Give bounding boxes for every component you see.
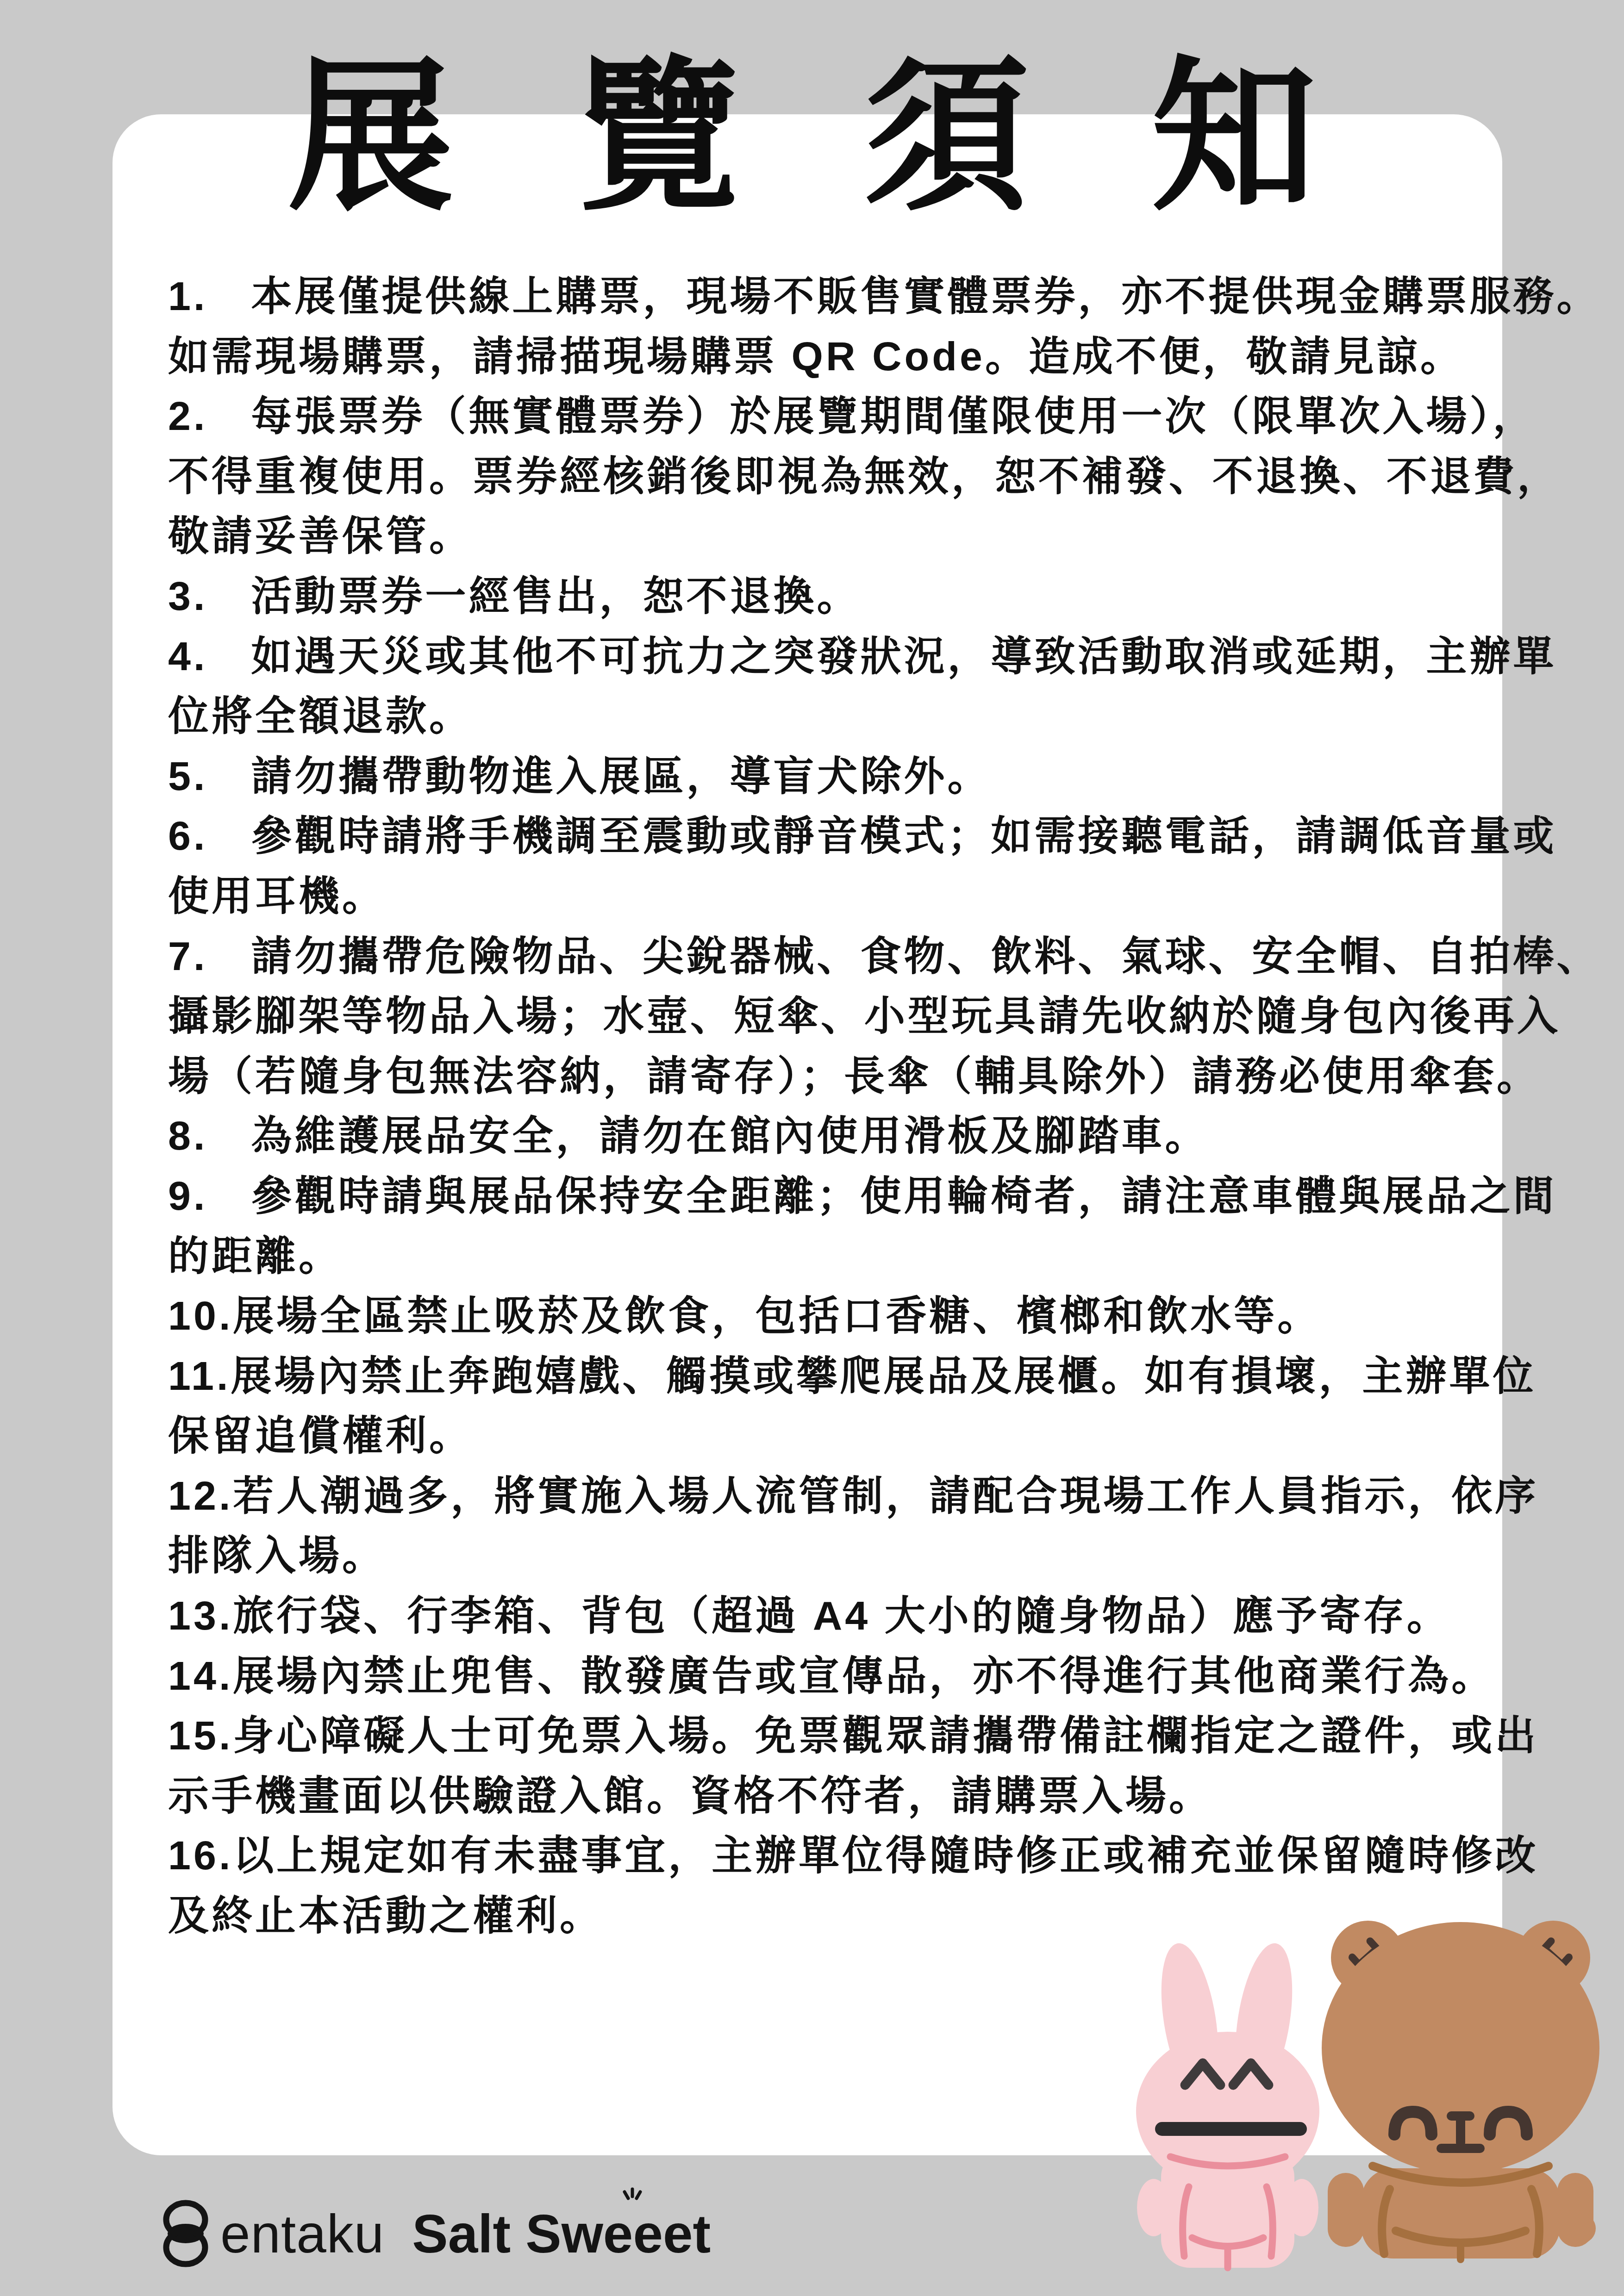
notice-line: 2. 每張票券（無實體票券）於展覽期間僅限使用一次（限單次入場）， xyxy=(168,386,1464,446)
notice-line: 11.展場內禁止奔跑嬉戲、觸摸或攀爬展品及展櫃。如有損壞，主辦單位 xyxy=(168,1346,1464,1406)
notice-text: 1. 本展僅提供線上購票，現場不販售實體票券，亦不提供現金購票服務。 如需現場購… xyxy=(168,266,1464,1946)
notice-line: 示手機畫面以供驗證入館。資格不符者，請購票入場。 xyxy=(168,1766,1464,1826)
bear-left-arm xyxy=(1328,2173,1364,2247)
notice-line: 場（若隨身包無法容納，請寄存）；長傘（輔具除外）請務必使用傘套。 xyxy=(168,1046,1464,1106)
notice-line: 敬請妥善保管。 xyxy=(168,506,1464,566)
notice-line: 9. 參觀時請與展品保持安全距離；使用輪椅者，請注意車體與展品之間 xyxy=(168,1166,1464,1226)
notice-line: 14.展場內禁止兜售、散發廣告或宣傳品，亦不得進行其他商業行為。 xyxy=(168,1646,1464,1706)
notice-line: 保留追償權利。 xyxy=(168,1406,1464,1466)
notice-line: 3. 活動票券一經售出，恕不退換。 xyxy=(168,566,1464,626)
page-title: 展 覽 須 知 xyxy=(0,46,1624,229)
entaku-logo-icon xyxy=(163,2197,208,2271)
notice-line: 16.以上規定如有未盡事宜，主辦單位得隨時修正或補充並保留隨時修改 xyxy=(168,1825,1464,1885)
notice-line: 1. 本展僅提供線上購票，現場不販售實體票券，亦不提供現金購票服務。 xyxy=(168,266,1464,326)
poster-page: { "page": { "background_color": "#c9c9c9… xyxy=(0,0,1624,2296)
notice-line: 15.身心障礙人士可免票入場。免票觀眾請攜帶備註欄指定之證件，或出 xyxy=(168,1705,1464,1766)
bear-character xyxy=(1310,1907,1611,2263)
bear-right-paw xyxy=(1566,2214,1596,2243)
notice-line: 排隊入場。 xyxy=(168,1525,1464,1586)
notice-line: 攝影腳架等物品入場；水壺、短傘、小型玩具請先收納於隨身包內後再入 xyxy=(168,986,1464,1046)
sparkle-icon xyxy=(620,2187,645,2207)
notice-line: 7. 請勿攜帶危險物品、尖銳器械、食物、飲料、氣球、安全帽、自拍棒、 xyxy=(168,926,1464,986)
notice-line: 8. 為維護展品安全，請勿在館內使用滑板及腳踏車。 xyxy=(168,1106,1464,1166)
footer-logos: entaku Salt Sweeet xyxy=(163,2195,711,2273)
entaku-logo: entaku xyxy=(220,2203,384,2265)
salt-sweeet-text: Salt Sweeet xyxy=(412,2204,711,2264)
salt-sweeet-logo: Salt Sweeet xyxy=(412,2203,711,2265)
notice-line: 6. 參觀時請將手機調至震動或靜音模式；如需接聽電話，請調低音量或 xyxy=(168,806,1464,866)
notice-line: 10.展場全區禁止吸菸及飲食，包括口香糖、檳榔和飲水等。 xyxy=(168,1286,1464,1346)
notice-line: 不得重複使用。票券經核銷後即視為無效，恕不補發、不退換、不退費， xyxy=(168,446,1464,506)
notice-line: 的距離。 xyxy=(168,1226,1464,1286)
notice-line: 12.若人潮過多，將實施入場人流管制，請配合現場工作人員指示，依序 xyxy=(168,1466,1464,1526)
notice-line: 13.旅行袋、行李箱、背包（超過 A4 大小的隨身物品）應予寄存。 xyxy=(168,1586,1464,1646)
notice-line: 使用耳機。 xyxy=(168,866,1464,926)
notice-line: 5. 請勿攜帶動物進入展區，導盲犬除外。 xyxy=(168,746,1464,806)
notice-line: 如需現場購票，請掃描現場購票 QR Code。造成不便，敬請見諒。 xyxy=(168,326,1464,386)
notice-line: 位將全額退款。 xyxy=(168,686,1464,746)
rabbit-character xyxy=(1130,1935,1333,2277)
notice-line: 4. 如遇天災或其他不可抗力之突發狀況，導致活動取消或延期，主辦單 xyxy=(168,626,1464,686)
